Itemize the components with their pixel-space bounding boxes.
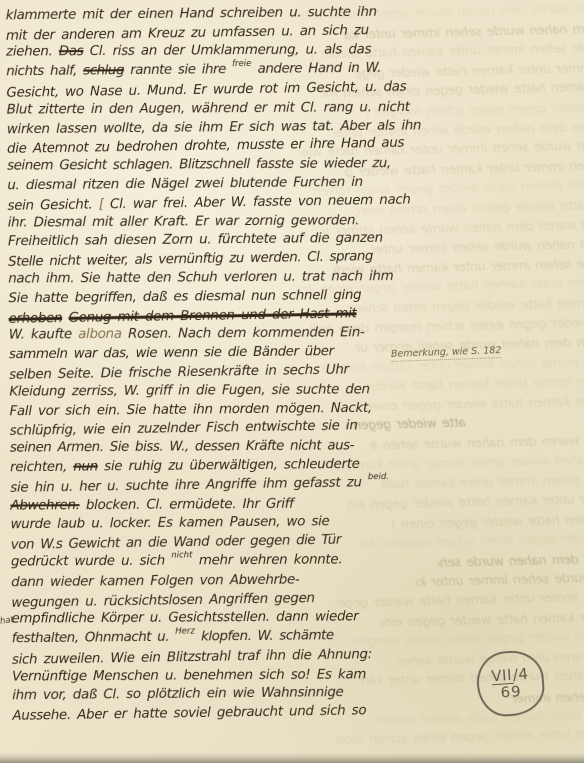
handwriting-text: wegungen u. rücksichtslosen Angriffen ge…	[11, 591, 315, 611]
left-margin-word: hat	[0, 615, 14, 627]
handwriting-text: Aussehe. Aber er hatte soviel gebraucht …	[12, 703, 366, 724]
handwriting-text: die Atemnot zu bedrohen drohte, musste e…	[7, 136, 404, 157]
handwriting-text: Rosen. Nach dem kommenden Ein-	[128, 326, 365, 343]
manuscript-text-block: er hielt sie fest u. wollte sie nun an s…	[5, 0, 494, 725]
handwriting-text: seinem Gesicht schlagen. Blitzschnell fa…	[7, 156, 391, 173]
handwriting-text: klammerte mit der einen Hand schreiben u…	[6, 5, 377, 24]
handwriting-text: andere Hand in W.	[258, 61, 382, 77]
handwriting-text: Kleidung zerriss, W. griff in die Fugen,…	[9, 382, 369, 399]
handwriting-text: seinen Armen. Sie biss. W., dessen Kräft…	[10, 438, 354, 455]
handwriting-text: u. diesmal ritzen die Nägel zwei blutend…	[7, 175, 363, 193]
scanned-manuscript-page: sie waren dem nahen wurde sehen immer un…	[0, 0, 584, 763]
manuscript-line: Kleidung zerriss, W. griff in die Fugen,…	[9, 380, 491, 402]
manuscript-line: nach ihm. Sie hatte den Schuh verloren u…	[8, 267, 490, 289]
manuscript-line: empfindliche Körper u. Gesichtsstellen. …	[11, 608, 493, 630]
handwriting-text: Cl. riss an der Umklammerung, u. als das	[90, 43, 372, 60]
handwriting-text: er hielt sie fest u. wollte sie nun an s…	[6, 0, 309, 4]
handwriting-text: albona	[78, 327, 122, 342]
handwriting-text: nicht	[171, 550, 192, 560]
handwriting-text: festhalten, Ohnmacht u.	[12, 630, 170, 647]
handwriting-text: freie	[232, 59, 251, 69]
handwriting-text: wirken lassen wollte, da sie ihm Er sich…	[7, 118, 421, 137]
manuscript-line: seinem Gesicht schlagen. Blitzschnell fa…	[7, 155, 489, 177]
handwriting-text: sein Gesicht.	[7, 197, 92, 213]
struck-handwriting: nun	[73, 459, 98, 474]
archive-stamp-signature: VII/4	[491, 665, 529, 685]
handwriting-text: sie hin u. her u. suchte ihre Angriffe i…	[10, 475, 362, 496]
verso-bleedthrough-row: en hatte wieder gegen einen schien morge…	[337, 726, 584, 749]
manuscript-line: Abwehren. blocken. Cl. ermüdete. Ihr Gri…	[10, 494, 492, 516]
manuscript-line: W. kaufte albona Rosen. Nach dem kommend…	[9, 324, 491, 346]
handwriting-text: [	[99, 197, 104, 212]
archive-stamp-denominator: 69	[500, 683, 522, 701]
struck-handwriting: Abwehren.	[10, 498, 79, 513]
manuscript-line: Blut zitterte in den Augen, während er m…	[7, 98, 489, 120]
handwriting-text: Freiheitlich sah diesen Zorn u. fürchtet…	[8, 231, 383, 250]
handwriting-text: blocken. Cl. ermüdete. Ihr Griff	[86, 496, 294, 512]
handwriting-text: ziehen.	[6, 45, 52, 60]
handwriting-text: sich zuweilen. Wie ein Blitzstrahl traf …	[12, 647, 372, 668]
handwriting-text: sie ruhig zu überwältigen, schleuderte	[104, 457, 360, 474]
handwriting-text: wurde laub u. locker. Es kamen Pausen, w…	[11, 515, 330, 533]
handwriting-text: Fall vor sich ein. Sie hatte ihn morden …	[9, 400, 371, 418]
handwriting-text: empfindliche Körper u. Gesichtsstellen. …	[11, 610, 358, 627]
handwriting-text: mehr wehren konnte.	[199, 552, 343, 568]
handwriting-text: schlüpfrig, wie ein zuzelnder Fisch entw…	[10, 419, 358, 439]
handwriting-text: nach ihm. Sie hatte den Schuh verloren u…	[8, 269, 393, 286]
handwriting-text: beid.	[368, 472, 389, 482]
handwriting-text: mit der anderen am Kreuz zu umfassen u. …	[6, 23, 369, 44]
handwriting-text: ihr. Diesmal mit aller Kraft. Er war zor…	[8, 213, 359, 230]
manuscript-line: seinen Armen. Sie biss. W., dessen Kräft…	[10, 437, 492, 459]
handwriting-text: klopfen. W. schämte	[201, 628, 334, 644]
handwriting-text: W. kaufte	[9, 327, 72, 342]
manuscript-line: gedrückt wurde u. sich nicht mehr wehren…	[11, 550, 493, 573]
archive-stamp-slash: /4	[512, 665, 529, 682]
handwriting-text: gedrückt wurde u. sich	[11, 553, 165, 569]
manuscript-line: ihr. Diesmal mit aller Kraft. Er war zor…	[8, 211, 490, 233]
handwriting-text: dann wieder kamen Folgen von Abwehrbe-	[11, 572, 299, 590]
handwriting-text: nichts half,	[6, 64, 77, 80]
handwriting-text: sammeln war das, wie wenn sie die Bänder…	[9, 344, 334, 362]
handwriting-text: Stelle nicht weiter, als vernünftig zu w…	[8, 249, 373, 270]
struck-handwriting: schlug	[83, 63, 124, 78]
struck-handwriting: erhoben	[9, 310, 63, 326]
paper-bottom-edge	[0, 753, 584, 763]
handwriting-text: Herz	[175, 627, 195, 637]
handwriting-text: Sie hatte begriffen, daß es diesmal nun …	[8, 288, 361, 306]
handwriting-text: Blut zitterte in den Augen, während er m…	[7, 100, 410, 118]
handwriting-text: ihm vor, daß Cl. so plötzlich ein wie Wa…	[12, 686, 343, 704]
manuscript-line: Vernünftige Menschen u. benehmen sich so…	[12, 665, 494, 687]
handwriting-text: reichten,	[10, 460, 67, 476]
handwriting-text: rannte sie ihre	[130, 62, 226, 78]
handwriting-text: Vernünftige Menschen u. benehmen sich so…	[12, 667, 366, 684]
handwriting-text: selben Seite. Die frische Riesenkräfte i…	[9, 362, 349, 382]
handwriting-text: Cl. war frei. Aber W. fasste von neuem n…	[110, 192, 411, 212]
struck-handwriting: Genug mit dem Brennen und der Hast mit	[68, 306, 356, 326]
struck-handwriting: Das	[59, 44, 84, 59]
